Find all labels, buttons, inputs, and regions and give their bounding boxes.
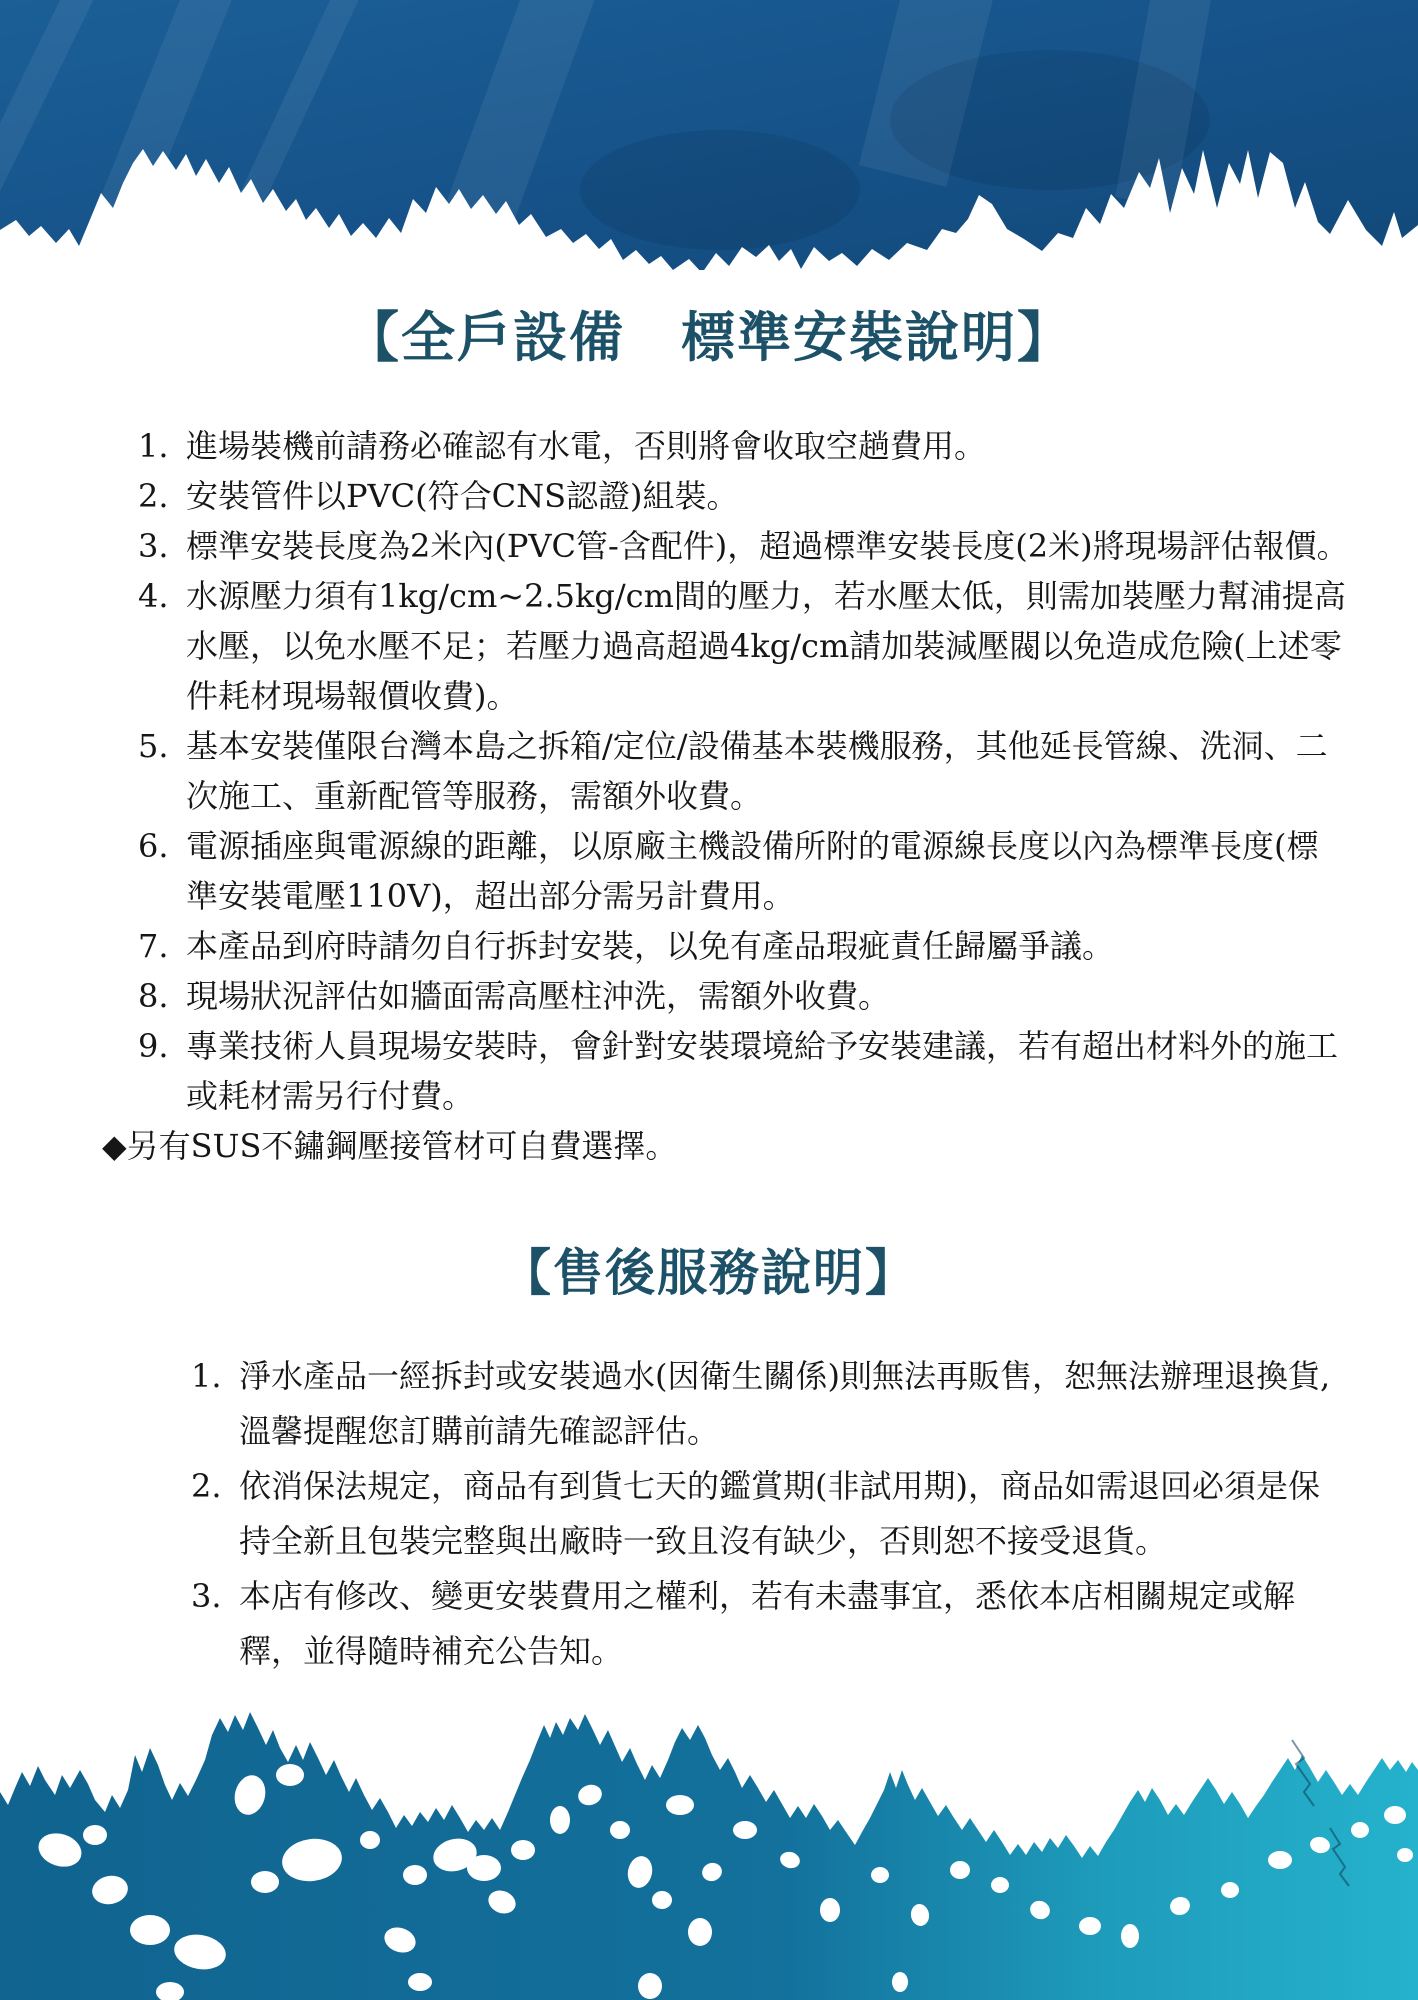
list-item-number: 4. [138, 571, 186, 621]
list-item: 8. 現場狀況評估如牆面需高壓柱沖洗，需額外收費。 [138, 971, 1308, 1021]
list-item-number: 9. [138, 1021, 186, 1071]
list-item-number: 2. [138, 471, 186, 521]
list-item: 1. 進場裝機前請務必確認有水電，否則將會收取空趟費用。 [138, 421, 1308, 471]
list-item-line: 電源插座與電源線的距離，以原廠主機設備所附的電源線長度以內為標準長度(標 [186, 821, 1308, 871]
list-item-number: 3. [191, 1569, 239, 1624]
list-item: 3. 標準安裝長度為2米內(PVC管-含配件)，超過標準安裝長度(2米)將現場評… [138, 521, 1308, 571]
section2-title: 【售後服務說明】 [0, 1240, 1418, 1306]
list-item: 2. 安裝管件以PVC(符合CNS認證)組裝。 [138, 471, 1308, 521]
list-item: 2. 依消保法規定，商品有到貨七天的鑑賞期(非試用期)，商品如需退回必須是保 持… [191, 1459, 1286, 1569]
list-item-line: 水壓，以免水壓不足；若壓力過高超過4kg/cm請加裝減壓閥以免造成危險(上述零 [186, 621, 1308, 671]
list-item-line: 依消保法規定，商品有到貨七天的鑑賞期(非試用期)，商品如需退回必須是保 [239, 1459, 1286, 1514]
ocean-watercolor-bottom-icon [0, 1700, 1418, 2000]
page: 【全戶設備 標準安裝說明】 1. 進場裝機前請務必確認有水電，否則將會收取空趟費… [0, 0, 1418, 2000]
list-item-number: 2. [191, 1459, 239, 1514]
list-item-line: 進場裝機前請務必確認有水電，否則將會收取空趟費用。 [186, 421, 1308, 471]
sus-option-note: ◆另有SUS不鏽鋼壓接管材可自費選擇。 [102, 1121, 1308, 1171]
list-item-number: 3. [138, 521, 186, 571]
list-item-number: 5. [138, 721, 186, 771]
list-item-number: 1. [138, 421, 186, 471]
ocean-watercolor-top-icon [0, 0, 1418, 270]
list-item-line: 件耗材現場報價收費)。 [186, 671, 1308, 721]
list-item: 7. 本產品到府時請勿自行拆封安裝，以免有產品瑕疵責任歸屬爭議。 [138, 921, 1308, 971]
list-item-number: 7. [138, 921, 186, 971]
list-item-line: 持全新且包裝完整與出廠時一致且沒有缺少，否則恕不接受退貨。 [239, 1514, 1286, 1569]
list-item: 4. 水源壓力須有1kg/cm~2.5kg/cm間的壓力，若水壓太低，則需加裝壓… [138, 571, 1308, 721]
list-item: 6. 電源插座與電源線的距離，以原廠主機設備所附的電源線長度以內為標準長度(標 … [138, 821, 1308, 921]
section1-title: 【全戶設備 標準安裝說明】 [0, 302, 1418, 372]
list-item-line: 水源壓力須有1kg/cm~2.5kg/cm間的壓力，若水壓太低，則需加裝壓力幫浦… [186, 571, 1308, 621]
list-item: 5. 基本安裝僅限台灣本島之拆箱/定位/設備基本裝機服務，其他延長管線、洗洞、二… [138, 721, 1308, 821]
list-item: 1. 淨水產品一經拆封或安裝過水(因衛生關係)則無法再販售，恕無法辦理退換貨, … [191, 1349, 1286, 1459]
list-item-line: 基本安裝僅限台灣本島之拆箱/定位/設備基本裝機服務，其他延長管線、洗洞、二 [186, 721, 1308, 771]
list-item-line: 溫馨提醒您訂購前請先確認評估。 [239, 1404, 1286, 1459]
list-item-line: 現場狀況評估如牆面需高壓柱沖洗，需額外收費。 [186, 971, 1308, 1021]
list-item-number: 1. [191, 1349, 239, 1404]
installation-instructions-list: 1. 進場裝機前請務必確認有水電，否則將會收取空趟費用。 2. 安裝管件以PVC… [138, 421, 1308, 1171]
list-item-line: 專業技術人員現場安裝時，會針對安裝環境給予安裝建議，若有超出材料外的施工 [186, 1021, 1308, 1071]
list-item-line: 準安裝電壓110V)，超出部分需另計費用。 [186, 871, 1308, 921]
list-item-line: 次施工、重新配管等服務，需額外收費。 [186, 771, 1308, 821]
list-item-line: 本店有修改、變更安裝費用之權利，若有未盡事宜，悉依本店相關規定或解 [239, 1569, 1286, 1624]
list-item-line: 釋，並得隨時補充公告知。 [239, 1624, 1286, 1679]
list-item-number: 6. [138, 821, 186, 871]
list-item: 3. 本店有修改、變更安裝費用之權利，若有未盡事宜，悉依本店相關規定或解 釋，並… [191, 1569, 1286, 1679]
list-item-line: 或耗材需另行付費。 [186, 1071, 1308, 1121]
list-item-line: 本產品到府時請勿自行拆封安裝，以免有產品瑕疵責任歸屬爭議。 [186, 921, 1308, 971]
list-item-line: 安裝管件以PVC(符合CNS認證)組裝。 [186, 471, 1308, 521]
list-item-line: 標準安裝長度為2米內(PVC管-含配件)，超過標準安裝長度(2米)將現場評估報價… [186, 521, 1308, 571]
list-item-number: 8. [138, 971, 186, 1021]
list-item-line: 淨水產品一經拆封或安裝過水(因衛生關係)則無法再販售，恕無法辦理退換貨, [239, 1349, 1286, 1404]
after-sales-service-list: 1. 淨水產品一經拆封或安裝過水(因衛生關係)則無法再販售，恕無法辦理退換貨, … [191, 1349, 1286, 1679]
list-item: 9. 專業技術人員現場安裝時，會針對安裝環境給予安裝建議，若有超出材料外的施工 … [138, 1021, 1308, 1121]
